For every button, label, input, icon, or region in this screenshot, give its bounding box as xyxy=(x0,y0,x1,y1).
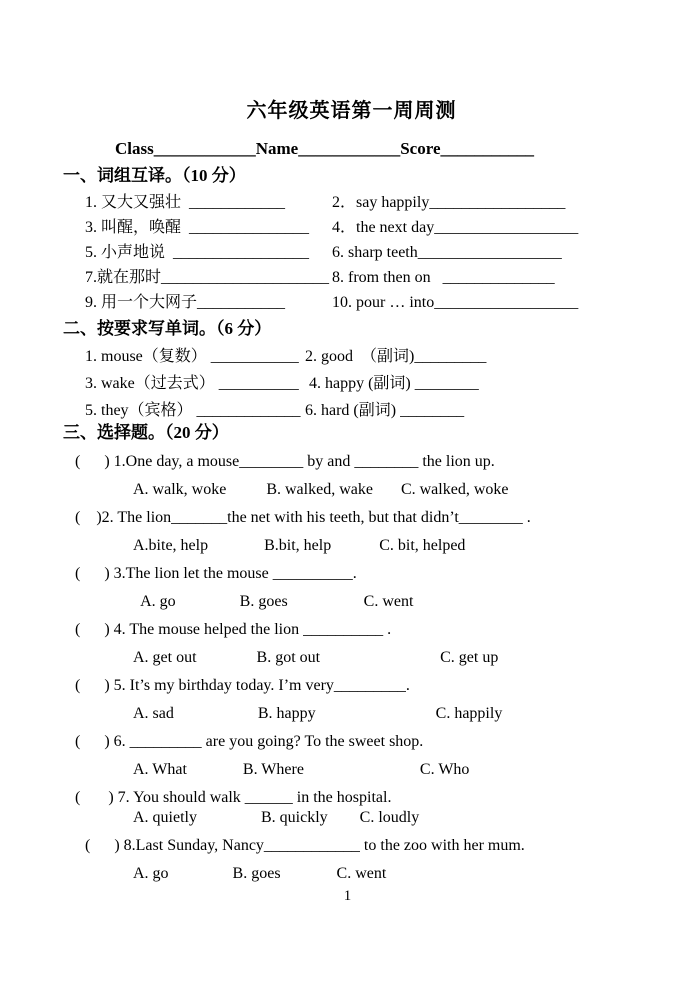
question-6-text: ( ) 6. _________ are you going? To the s… xyxy=(63,728,640,756)
question-3: ( ) 3.The lion let the mouse __________.… xyxy=(63,560,640,616)
phrase-item-5: 5. 小声地说 _________________ xyxy=(85,240,332,265)
page-number: 1 xyxy=(0,886,695,906)
word-item-3: 3. wake（过去式） __________ xyxy=(85,370,305,397)
phrase-item-3: 3. 叫醒，唤醒 _______________ xyxy=(85,215,332,240)
phrase-row-1-2: 1. 又大又强壮 ____________2．say happily______… xyxy=(63,190,640,215)
phrase-item-6: 6. sharp teeth__________________ xyxy=(332,240,562,265)
exam-paper-page: 六年级英语第一周周测 Class____________Name________… xyxy=(0,0,695,982)
question-6: ( ) 6. _________ are you going? To the s… xyxy=(63,728,640,784)
phrase-row-3-4: 3. 叫醒，唤醒 _______________4．the next day__… xyxy=(63,215,640,240)
header-fields-line: Class____________Name____________Score__… xyxy=(115,138,640,160)
question-3-text: ( ) 3.The lion let the mouse __________. xyxy=(63,560,640,588)
section-2-heading: 二、按要求写单词。（6 分） xyxy=(63,318,640,340)
phrase-row-9-10: 9. 用一个大网子___________10. pour … into_____… xyxy=(63,290,640,315)
section-1-heading: 一、词组互译。（10 分） xyxy=(63,165,640,187)
phrase-item-8: 8. from then on ______________ xyxy=(332,265,555,290)
question-2-options: A.bite, help B.bit, help C. bit, helped xyxy=(63,532,640,560)
word-row-3-4: 3. wake（过去式） __________ 4. happy (副词) __… xyxy=(63,370,640,397)
phrase-item-10: 10. pour … into__________________ xyxy=(332,290,578,315)
section-1-rows: 1. 又大又强壮 ____________2．say happily______… xyxy=(63,190,640,315)
question-4: ( ) 4. The mouse helped the lion _______… xyxy=(63,616,640,672)
phrase-item-9: 9. 用一个大网子___________ xyxy=(85,290,332,315)
phrase-row-7-8: 7.就在那时_____________________8. from then … xyxy=(63,265,640,290)
word-row-5-6: 5. they（宾格） _____________6. hard (副词) __… xyxy=(63,397,640,424)
question-2: ( )2. The lion_______the net with his te… xyxy=(63,504,640,560)
phrase-item-7: 7.就在那时_____________________ xyxy=(85,265,332,290)
phrase-item-4: 4．the next day__________________ xyxy=(332,215,578,240)
question-1-options: A. walk, woke B. walked, wake C. walked,… xyxy=(63,476,640,504)
word-item-1: 1. mouse（复数） ___________ xyxy=(85,343,305,370)
phrase-item-1: 1. 又大又强壮 ____________ xyxy=(85,190,332,215)
exam-title: 六年级英语第一周周测 xyxy=(63,98,640,124)
word-item-2: 2. good （副词)_________ xyxy=(305,343,486,370)
word-item-6: 6. hard (副词) ________ xyxy=(305,397,464,424)
question-7-options: A. quietly B. quickly C. loudly xyxy=(63,804,640,832)
word-item-4: 4. happy (副词) ________ xyxy=(305,370,479,397)
question-8-options: A. go B. goes C. went xyxy=(63,860,640,888)
multiple-choice-questions: ( ) 1.One day, a mouse________ by and __… xyxy=(63,448,640,888)
question-2-text: ( )2. The lion_______the net with his te… xyxy=(63,504,640,532)
question-3-options: A. go B. goes C. went xyxy=(63,588,640,616)
section-3-heading: 三、选择题。（20 分） xyxy=(63,422,640,444)
question-4-text: ( ) 4. The mouse helped the lion _______… xyxy=(63,616,640,644)
word-item-5: 5. they（宾格） _____________ xyxy=(85,397,305,424)
phrase-item-2: 2．say happily_________________ xyxy=(332,190,565,215)
question-5-options: A. sad B. happy C. happily xyxy=(63,700,640,728)
word-row-1-2: 1. mouse（复数） ___________2. good （副词)____… xyxy=(63,343,640,370)
question-4-options: A. get out B. got out C. get up xyxy=(63,644,640,672)
question-1-text: ( ) 1.One day, a mouse________ by and __… xyxy=(63,448,640,476)
question-5: ( ) 5. It’s my birthday today. I’m very_… xyxy=(63,672,640,728)
phrase-row-5-6: 5. 小声地说 _________________6. sharp teeth_… xyxy=(63,240,640,265)
question-8-text: ( ) 8.Last Sunday, Nancy____________ to … xyxy=(63,832,640,860)
question-8: ( ) 8.Last Sunday, Nancy____________ to … xyxy=(63,832,640,888)
question-1: ( ) 1.One day, a mouse________ by and __… xyxy=(63,448,640,504)
question-6-options: A. What B. Where C. Who xyxy=(63,756,640,784)
question-7: ( ) 7. You should walk ______ in the hos… xyxy=(63,784,640,832)
section-2-rows: 1. mouse（复数） ___________2. good （副词)____… xyxy=(63,343,640,424)
question-5-text: ( ) 5. It’s my birthday today. I’m very_… xyxy=(63,672,640,700)
